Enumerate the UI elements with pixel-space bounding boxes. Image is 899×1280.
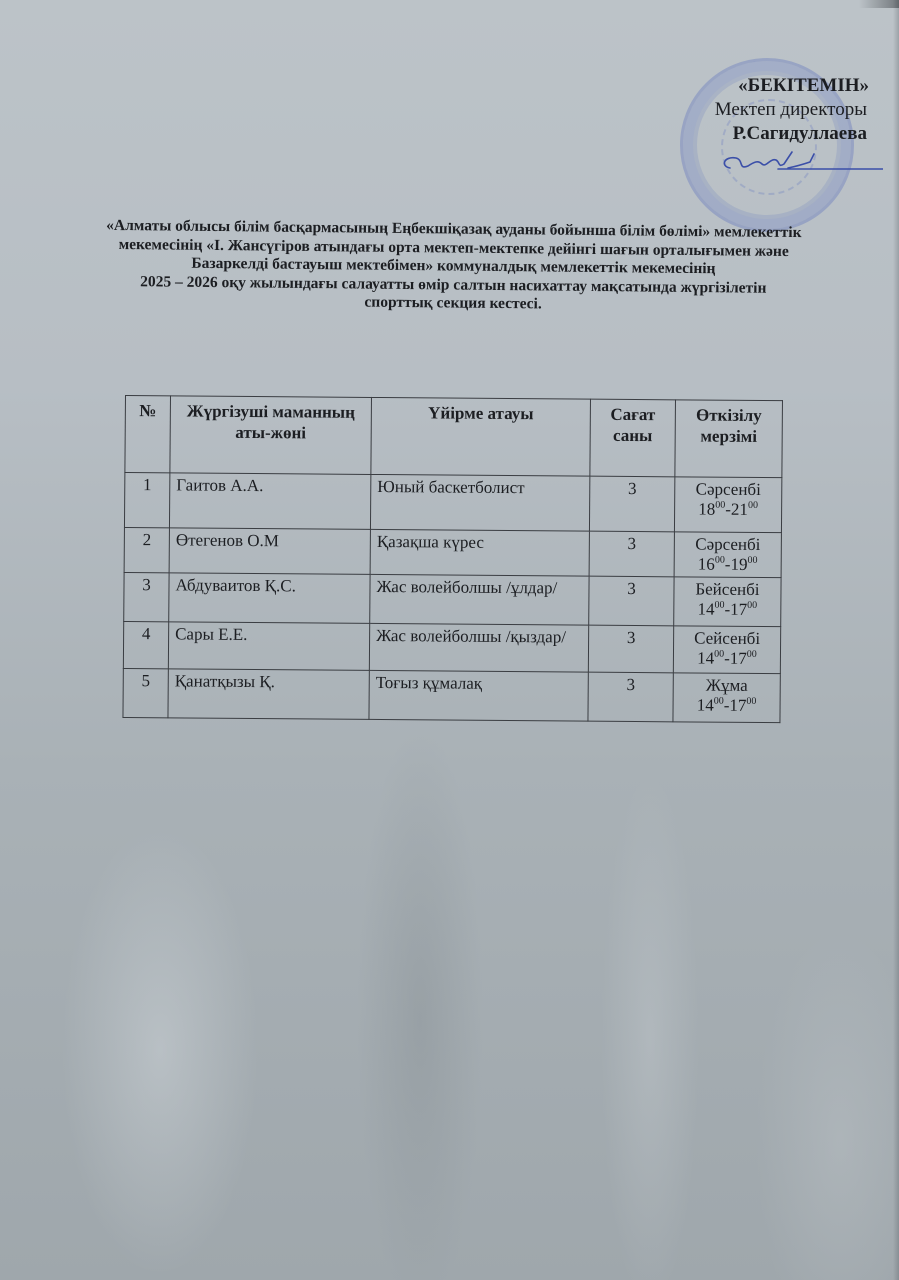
start-h: 16	[698, 555, 715, 574]
start-h: 18	[698, 500, 715, 519]
row-number: 5	[123, 668, 168, 717]
page-edge-shadow	[893, 0, 899, 1280]
time-range: 1800-2100	[681, 499, 775, 520]
instructor-name: Қанатқызы Қ.	[168, 669, 369, 720]
end-m: 00	[746, 696, 756, 707]
time-range: 1600-1900	[681, 554, 775, 575]
schedule-time: Сәрсенбі1600-1900	[674, 532, 781, 578]
header-hours: Сағат саны	[590, 399, 676, 477]
time-range: 1400-1700	[680, 695, 774, 716]
club-name: Жас волейболшы /қыздар/	[369, 623, 588, 672]
instructor-name: Гаитов А.А.	[169, 473, 370, 530]
hours-count: 3	[589, 531, 674, 577]
start-h: 14	[697, 696, 714, 715]
start-m: 00	[715, 555, 725, 566]
table-header-row: № Жүргізуші маманның аты-жөні Үйірме ата…	[125, 396, 783, 478]
weekday: Сәрсенбі	[681, 534, 775, 555]
paper-reflection	[0, 720, 899, 1280]
club-name: Қазақша күрес	[370, 529, 589, 576]
approval-title: «БЕКІТЕМІН»	[715, 74, 869, 98]
end-m: 00	[748, 500, 758, 511]
table-row: 4Сары Е.Е.Жас волейболшы /қыздар/3Сейсен…	[123, 621, 780, 673]
hours-count: 3	[589, 576, 674, 626]
instructor-name: Сары Е.Е.	[168, 622, 369, 671]
table-row: 2Өтегенов О.МҚазақша күрес3Сәрсенбі1600-…	[124, 527, 781, 577]
header-number: №	[125, 396, 171, 473]
approval-role: Мектеп директоры	[715, 98, 867, 122]
table-row: 1Гаитов А.А.Юный баскетболист3Сәрсенбі18…	[124, 473, 781, 533]
club-name: Жас волейболшы /ұлдар/	[370, 574, 589, 625]
club-name: Юный баскетболист	[370, 474, 589, 531]
row-number: 4	[123, 621, 168, 668]
end-m: 00	[747, 649, 757, 660]
club-name: Тоғыз құмалақ	[369, 670, 588, 721]
weekday: Сәрсенбі	[681, 479, 775, 500]
schedule-time: Сейсенбі1400-1700	[673, 626, 780, 674]
header-schedule-time: Өткізілу мерзімі	[675, 400, 783, 478]
header-club-name: Үйірме атауы	[371, 397, 591, 476]
weekday: Сейсенбі	[680, 628, 774, 649]
time-range: 1400-1700	[680, 599, 774, 620]
hours-count: 3	[589, 476, 674, 532]
start-m: 00	[714, 600, 724, 611]
row-number: 2	[124, 527, 169, 572]
end-h: 19	[730, 555, 747, 574]
table-row: 5Қанатқызы Қ.Тоғыз құмалақ3Жұма1400-1700	[123, 668, 780, 722]
end-m: 00	[748, 555, 758, 566]
end-m: 00	[747, 600, 757, 611]
end-h: 17	[729, 696, 746, 715]
weekday: Бейсенбі	[680, 579, 774, 600]
weekday: Жұма	[680, 675, 774, 696]
start-m: 00	[714, 696, 724, 707]
approval-name: Р.Сагидуллаева	[715, 122, 867, 146]
document-heading: «Алматы облысы білім басқармасының Еңбек…	[23, 216, 884, 318]
instructor-name: Өтегенов О.М	[169, 528, 370, 575]
end-h: 17	[730, 649, 747, 668]
header-instructor: Жүргізуші маманның аты-жөні	[170, 396, 372, 475]
start-m: 00	[714, 649, 724, 660]
end-h: 21	[731, 500, 748, 519]
row-number: 1	[124, 473, 169, 528]
schedule-time: Жұма1400-1700	[673, 673, 780, 723]
end-h: 17	[730, 600, 747, 619]
approval-block: «БЕКІТЕМІН» Мектеп директоры Р.Сагидулла…	[715, 74, 877, 146]
start-h: 14	[697, 649, 714, 668]
schedule-time: Сәрсенбі1800-2100	[674, 477, 781, 533]
schedule-time: Бейсенбі1400-1700	[674, 577, 781, 627]
hours-count: 3	[588, 625, 673, 673]
start-m: 00	[715, 500, 725, 511]
signature-icon	[718, 150, 883, 174]
start-h: 14	[697, 600, 714, 619]
instructor-name: Абдуваитов Қ.С.	[169, 573, 370, 624]
hours-count: 3	[588, 672, 673, 722]
time-range: 1400-1700	[680, 648, 774, 669]
corner-shadow	[859, 0, 899, 8]
row-number: 3	[124, 572, 169, 621]
table-row: 3Абдуваитов Қ.С.Жас волейболшы /ұлдар/3Б…	[124, 572, 781, 626]
sports-section-schedule-table: № Жүргізуші маманның аты-жөні Үйірме ата…	[122, 395, 783, 723]
